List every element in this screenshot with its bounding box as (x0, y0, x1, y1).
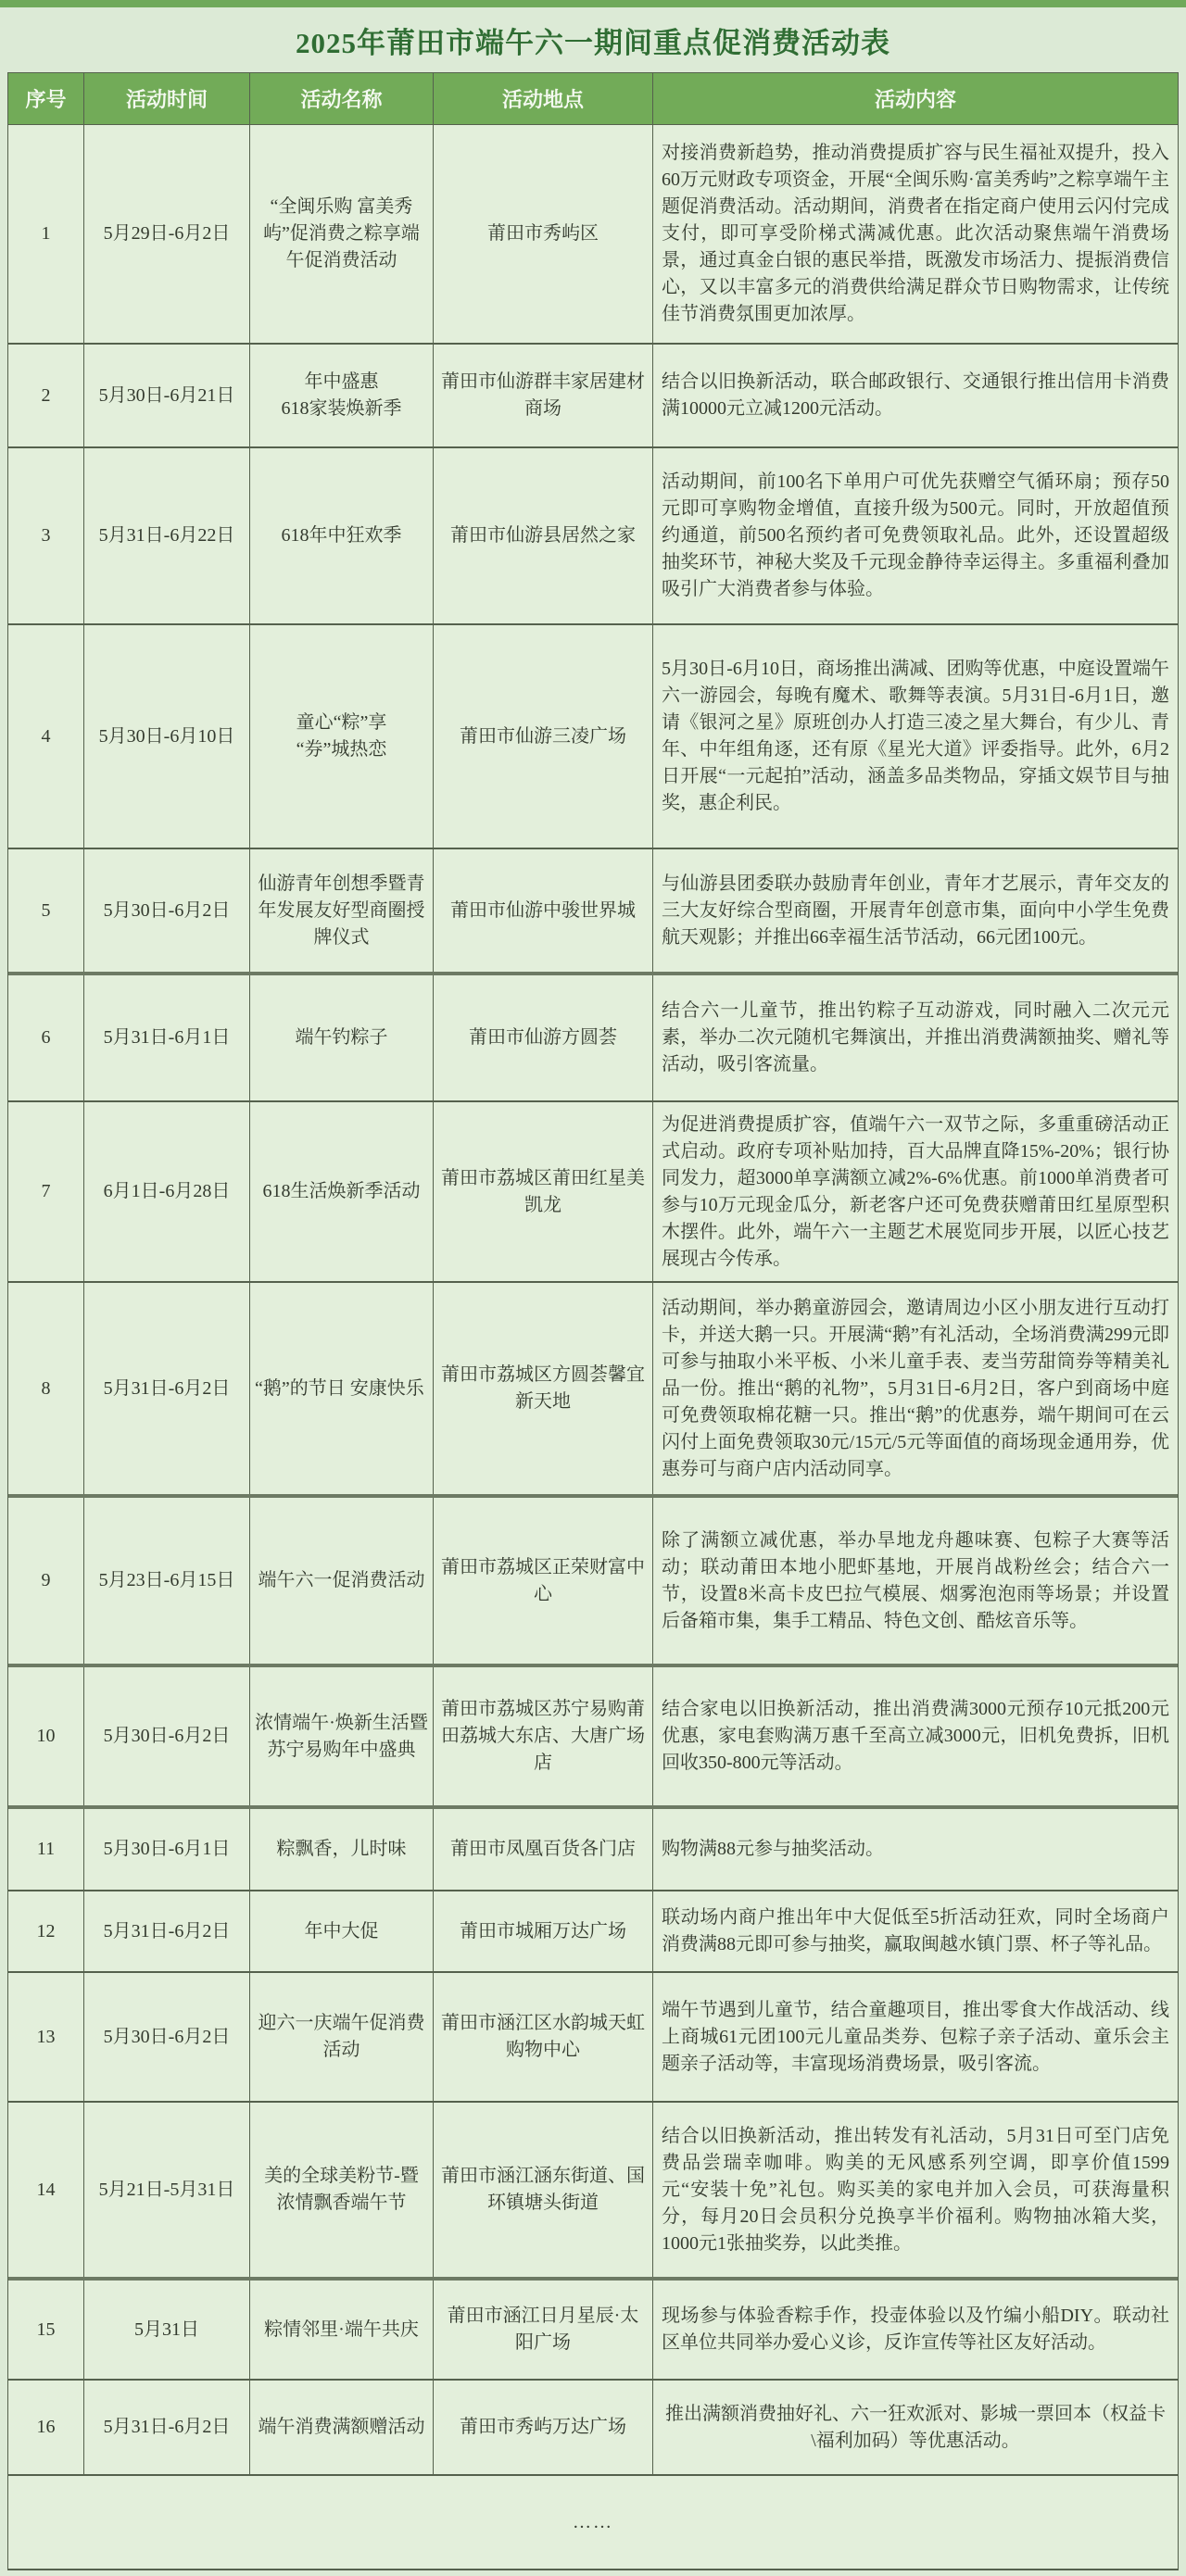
activity-name-cell: 618年中狂欢季 (250, 448, 434, 623)
table-row: 7 6月1日-6月28日 618生活焕新季活动 莆田市荔城区莆田红星美凯龙 为促… (8, 1102, 1178, 1283)
activity-content-text: 对接消费新趋势，推动消费提质扩容与民生福祉双提升，投入60万元财政专项资金，开展… (662, 140, 1169, 328)
activity-name-cell: 端午钓粽子 (250, 975, 434, 1100)
activity-time-cell: 5月31日-6月22日 (84, 448, 250, 623)
activity-content-cell: 与仙游县团委联办鼓励青年创业，青年才艺展示，青年交友的三大友好综合型商圈，开展青… (653, 849, 1178, 972)
activity-time-cell: 5月31日-6月2日 (84, 1891, 250, 1971)
activity-content-text: 结合以旧换新活动，推出转发有礼活动，5月31日可至门店免费品尝瑞幸咖啡。购美的无… (662, 2123, 1169, 2257)
table-row: 4 5月30日-6月10日 童心“粽”享 “券”城热恋 莆田市仙游三凌广场 5月… (8, 625, 1178, 849)
activity-place-cell: 莆田市秀屿区 (434, 125, 653, 343)
activity-name-cell: 粽情邻里·端午共庆 (250, 2281, 434, 2379)
activity-content-cell: 结合以旧换新活动，联合邮政银行、交通银行推出信用卡消费满10000元立减1200… (653, 345, 1178, 446)
table-row: 2 5月30日-6月21日 年中盛惠 618家装焕新季 莆田市仙游群丰家居建材商… (8, 345, 1178, 448)
row-number-cell: 9 (8, 1498, 84, 1664)
table-row: 15 5月31日 粽情邻里·端午共庆 莆田市涵江日月星辰·太阳广场 现场参与体验… (8, 2281, 1178, 2381)
activity-place-cell: 莆田市仙游三凌广场 (434, 625, 653, 848)
activity-content-text: 5月30日-6月10日，商场推出满减、团购等优惠，中庭设置端午六一游园会，每晚有… (662, 656, 1169, 817)
title-band: 2025年莆田市端午六一期间重点促消费活动表 (0, 7, 1186, 72)
row-number-cell: 16 (8, 2381, 84, 2474)
activity-content-text: 端午节遇到儿童节，结合童趣项目，推出零食大作战活动、线上商城61元团100元儿童… (662, 1997, 1169, 2078)
activity-time-cell: 5月31日-6月2日 (84, 2381, 250, 2474)
activity-content-cell: 现场参与体验香粽手作，投壶体验以及竹编小船DIY。联动社区单位共同举办爱心义诊，… (653, 2281, 1178, 2379)
table-row: 13 5月30日-6月2日 迎六一庆端午促消费活动 莆田市涵江区水韵城天虹购物中… (8, 1973, 1178, 2103)
activity-content-cell: 推出满额消费抽好礼、六一狂欢派对、影城一票回本（权益卡\福利加码）等优惠活动。 (653, 2381, 1178, 2474)
activity-place-cell: 莆田市仙游方圆荟 (434, 975, 653, 1100)
row-number-cell: 4 (8, 625, 84, 848)
row-number-cell: 6 (8, 975, 84, 1100)
row-number-cell: 15 (8, 2281, 84, 2379)
activity-time-cell: 5月21日-5月31日 (84, 2103, 250, 2277)
activity-name-cell: 仙游青年创想季暨青年发展友好型商圈授牌仪式 (250, 849, 434, 972)
activity-content-cell: 联动场内商户推出年中大促低至5折活动狂欢，同时全场商户消费满88元即可参与抽奖，… (653, 1891, 1178, 1971)
top-green-strip (0, 0, 1186, 7)
activity-name-cell: 端午六一促消费活动 (250, 1498, 434, 1664)
activity-content-text: 结合六一儿童节，推出钓粽子互动游戏，同时融入二次元元素，举办二次元随机宅舞演出，… (662, 998, 1169, 1078)
activity-place-cell: 莆田市荔城区苏宁易购莆田荔城大东店、大唐广场店 (434, 1667, 653, 1805)
column-header-no: 序号 (8, 73, 84, 124)
row-number-cell: 8 (8, 1283, 84, 1494)
table-row: 8 5月31日-6月2日 “鹅”的节日 安康快乐 莆田市荔城区方圆荟馨宜新天地 … (8, 1283, 1178, 1498)
activity-content-text: 联动场内商户推出年中大促低至5折活动狂欢，同时全场商户消费满88元即可参与抽奖，… (662, 1904, 1169, 1958)
table-row: 5 5月30日-6月2日 仙游青年创想季暨青年发展友好型商圈授牌仪式 莆田市仙游… (8, 849, 1178, 975)
table-body: 1 5月29日-6月2日 “全闽乐购 富美秀屿”促消费之粽享端午促消费活动 莆田… (8, 125, 1178, 2476)
activity-time-cell: 5月31日-6月2日 (84, 1283, 250, 1494)
page-title: 2025年莆田市端午六一期间重点促消费活动表 (296, 19, 890, 61)
activity-content-text: 现场参与体验香粽手作，投壶体验以及竹编小船DIY。联动社区单位共同举办爱心义诊，… (662, 2303, 1169, 2356)
activity-content-cell: 结合以旧换新活动，推出转发有礼活动，5月31日可至门店免费品尝瑞幸咖啡。购美的无… (653, 2103, 1178, 2277)
activity-time-cell: 5月30日-6月2日 (84, 849, 250, 972)
activity-time-cell: 5月30日-6月21日 (84, 345, 250, 446)
activity-name-cell: 浓情端午·焕新生活暨苏宁易购年中盛典 (250, 1667, 434, 1805)
activity-table: 序号 活动时间 活动名称 活动地点 活动内容 1 5月29日-6月2日 “全闽乐… (7, 72, 1179, 2476)
table-row: 12 5月31日-6月2日 年中大促 莆田市城厢万达广场 联动场内商户推出年中大… (8, 1891, 1178, 1973)
activity-content-text: 与仙游县团委联办鼓励青年创业，青年才艺展示，青年交友的三大友好综合型商圈，开展青… (662, 871, 1169, 951)
table-row: 6 5月31日-6月1日 端午钓粽子 莆田市仙游方圆荟 结合六一儿童节，推出钓粽… (8, 975, 1178, 1102)
activity-content-cell: 端午节遇到儿童节，结合童趣项目，推出零食大作战活动、线上商城61元团100元儿童… (653, 1973, 1178, 2101)
activity-place-cell: 莆田市仙游县居然之家 (434, 448, 653, 623)
table-row: 9 5月23日-6月15日 端午六一促消费活动 莆田市荔城区正荣财富中心 除了满… (8, 1498, 1178, 1667)
activity-place-cell: 莆田市凤凰百货各门店 (434, 1809, 653, 1890)
activity-name-cell: 迎六一庆端午促消费活动 (250, 1973, 434, 2101)
continuation-row: …… (7, 2476, 1179, 2570)
table-row: 3 5月31日-6月22日 618年中狂欢季 莆田市仙游县居然之家 活动期间，前… (8, 448, 1178, 625)
activity-time-cell: 5月30日-6月1日 (84, 1809, 250, 1890)
row-number-cell: 5 (8, 849, 84, 972)
activity-content-cell: 对接消费新趋势，推动消费提质扩容与民生福祉双提升，投入60万元财政专项资金，开展… (653, 125, 1178, 343)
activity-place-cell: 莆田市荔城区莆田红星美凯龙 (434, 1102, 653, 1281)
activity-time-cell: 5月31日 (84, 2281, 250, 2379)
activity-place-cell: 莆田市荔城区正荣财富中心 (434, 1498, 653, 1664)
activity-place-cell: 莆田市秀屿万达广场 (434, 2381, 653, 2474)
activity-content-cell: 购物满88元参与抽奖活动。 (653, 1809, 1178, 1890)
activity-content-text: 结合家电以旧换新活动，推出消费满3000元预存10元抵200元优惠，家电套购满万… (662, 1696, 1169, 1777)
row-number-cell: 7 (8, 1102, 84, 1281)
activity-content-text: 除了满额立减优惠，举办旱地龙舟趣味赛、包粽子大赛等活动；联动莆田本地小肥虾基地，… (662, 1527, 1169, 1635)
activity-name-cell: “鹅”的节日 安康快乐 (250, 1283, 434, 1494)
continuation-ellipsis: …… (573, 2512, 613, 2533)
activity-place-cell: 莆田市仙游群丰家居建材商场 (434, 345, 653, 446)
activity-content-cell: 活动期间，举办鹅童游园会，邀请周边小区小朋友进行互动打卡，并送大鹅一只。开展满“… (653, 1283, 1178, 1494)
activity-place-cell: 莆田市荔城区方圆荟馨宜新天地 (434, 1283, 653, 1494)
activity-name-cell: 粽飘香，儿时味 (250, 1809, 434, 1890)
activity-content-text: 结合以旧换新活动，联合邮政银行、交通银行推出信用卡消费满10000元立减1200… (662, 369, 1169, 422)
activity-place-cell: 莆田市涵江日月星辰·太阳广场 (434, 2281, 653, 2379)
activity-content-cell: 活动期间，前100名下单用户可优先获赠空气循环扇；预存50元即可享购物金增值，直… (653, 448, 1178, 623)
column-header-content: 活动内容 (653, 73, 1178, 124)
table-header-row: 序号 活动时间 活动名称 活动地点 活动内容 (8, 72, 1178, 125)
activity-time-cell: 6月1日-6月28日 (84, 1102, 250, 1281)
row-number-cell: 13 (8, 1973, 84, 2101)
activity-time-cell: 5月29日-6月2日 (84, 125, 250, 343)
activity-table-page: 2025年莆田市端午六一期间重点促消费活动表 序号 活动时间 活动名称 活动地点… (0, 0, 1186, 2576)
table-row: 14 5月21日-5月31日 美的全球美粉节-暨 浓情飘香端午节 莆田市涵江涵东… (8, 2103, 1178, 2281)
activity-name-cell: “全闽乐购 富美秀屿”促消费之粽享端午促消费活动 (250, 125, 434, 343)
row-number-cell: 11 (8, 1809, 84, 1890)
activity-name-cell: 端午消费满额赠活动 (250, 2381, 434, 2474)
activity-name-cell: 美的全球美粉节-暨 浓情飘香端午节 (250, 2103, 434, 2277)
row-number-cell: 2 (8, 345, 84, 446)
column-header-name: 活动名称 (250, 73, 434, 124)
activity-place-cell: 莆田市涵江涵东街道、国环镇塘头街道 (434, 2103, 653, 2277)
activity-time-cell: 5月31日-6月1日 (84, 975, 250, 1100)
activity-place-cell: 莆田市涵江区水韵城天虹购物中心 (434, 1973, 653, 2101)
row-number-cell: 10 (8, 1667, 84, 1805)
activity-content-cell: 为促进消费提质扩容，值端午六一双节之际，多重重磅活动正式启动。政府专项补贴加持，… (653, 1102, 1178, 1281)
activity-time-cell: 5月30日-6月2日 (84, 1667, 250, 1805)
activity-content-text: 推出满额消费抽好礼、六一狂欢派对、影城一票回本（权益卡\福利加码）等优惠活动。 (662, 2401, 1169, 2455)
activity-name-cell: 年中盛惠 618家装焕新季 (250, 345, 434, 446)
activity-time-cell: 5月23日-6月15日 (84, 1498, 250, 1664)
row-number-cell: 1 (8, 125, 84, 343)
activity-time-cell: 5月30日-6月10日 (84, 625, 250, 848)
activity-name-cell: 618生活焕新季活动 (250, 1102, 434, 1281)
activity-place-cell: 莆田市城厢万达广场 (434, 1891, 653, 1971)
table-row: 11 5月30日-6月1日 粽飘香，儿时味 莆田市凤凰百货各门店 购物满88元参… (8, 1809, 1178, 1891)
column-header-place: 活动地点 (434, 73, 653, 124)
table-row: 10 5月30日-6月2日 浓情端午·焕新生活暨苏宁易购年中盛典 莆田市荔城区苏… (8, 1667, 1178, 1809)
table-row: 16 5月31日-6月2日 端午消费满额赠活动 莆田市秀屿万达广场 推出满额消费… (8, 2381, 1178, 2476)
activity-content-cell: 结合六一儿童节，推出钓粽子互动游戏，同时融入二次元元素，举办二次元随机宅舞演出，… (653, 975, 1178, 1100)
column-header-time: 活动时间 (84, 73, 250, 124)
activity-content-text: 为促进消费提质扩容，值端午六一双节之际，多重重磅活动正式启动。政府专项补贴加持，… (662, 1112, 1169, 1273)
activity-place-cell: 莆田市仙游中骏世界城 (434, 849, 653, 972)
row-number-cell: 12 (8, 1891, 84, 1971)
activity-name-cell: 年中大促 (250, 1891, 434, 1971)
activity-content-cell: 除了满额立减优惠，举办旱地龙舟趣味赛、包粽子大赛等活动；联动莆田本地小肥虾基地，… (653, 1498, 1178, 1664)
activity-content-cell: 5月30日-6月10日，商场推出满减、团购等优惠，中庭设置端午六一游园会，每晚有… (653, 625, 1178, 848)
activity-content-cell: 结合家电以旧换新活动，推出消费满3000元预存10元抵200元优惠，家电套购满万… (653, 1667, 1178, 1805)
activity-time-cell: 5月30日-6月2日 (84, 1973, 250, 2101)
row-number-cell: 14 (8, 2103, 84, 2277)
activity-content-text: 活动期间，举办鹅童游园会，邀请周边小区小朋友进行互动打卡，并送大鹅一只。开展满“… (662, 1295, 1169, 1483)
row-number-cell: 3 (8, 448, 84, 623)
activity-content-text: 活动期间，前100名下单用户可优先获赠空气循环扇；预存50元即可享购物金增值，直… (662, 469, 1169, 603)
activity-content-text: 购物满88元参与抽奖活动。 (662, 1836, 1169, 1863)
table-row: 1 5月29日-6月2日 “全闽乐购 富美秀屿”促消费之粽享端午促消费活动 莆田… (8, 125, 1178, 345)
activity-name-cell: 童心“粽”享 “券”城热恋 (250, 625, 434, 848)
